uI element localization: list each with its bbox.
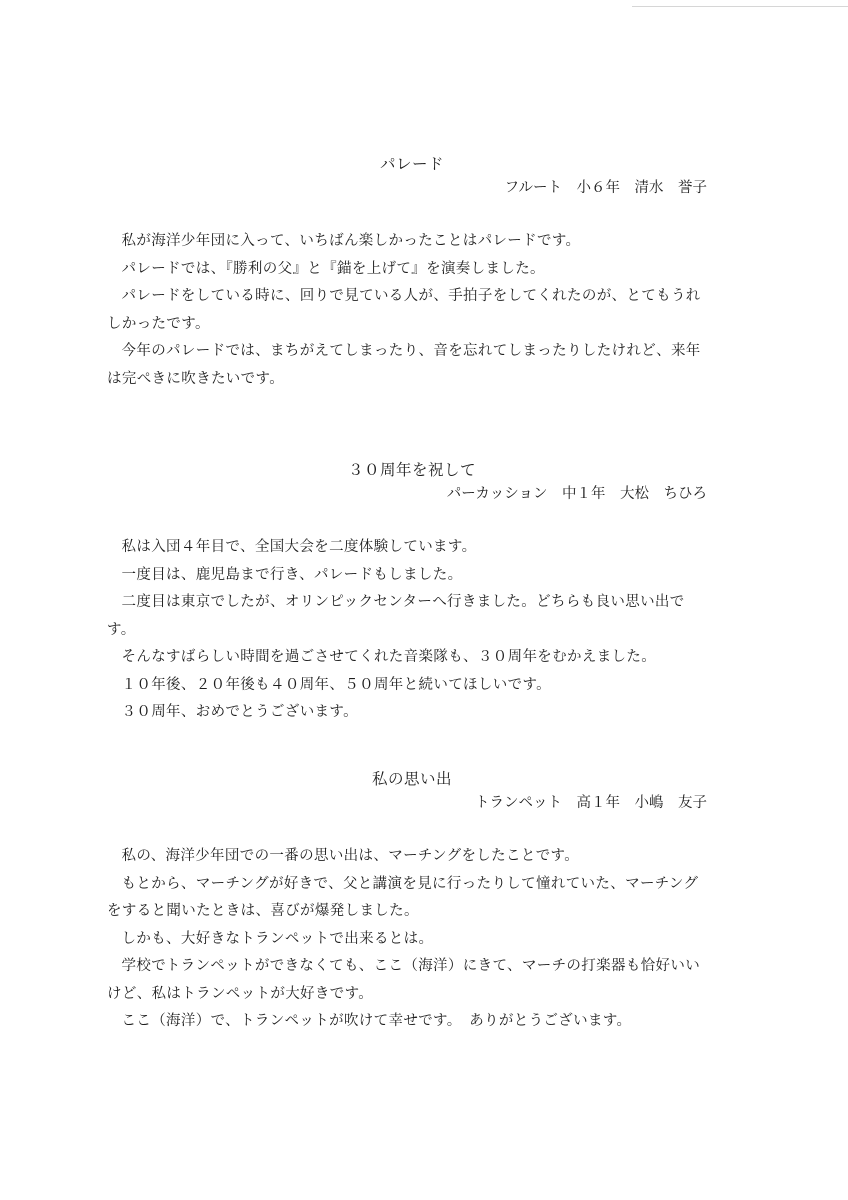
paragraph: 私は入団４年目で、全国大会を二度体験しています。 [107,534,707,562]
paragraph: ここ（海洋）で、トランペットが吹けて幸せです。 ありがとうございます。 [107,1008,707,1036]
essay-30th-anniversary: ３０周年を祝して パーカッション 中１年 大松 ちひろ 私は入団４年目で、全国大… [107,458,707,727]
essay-my-memories: 私の思い出 トランペット 高１年 小嶋 友子 私の、海洋少年団での一番の思い出は… [107,767,707,1036]
essay-title: ３０周年を祝して [117,458,707,482]
paragraph: 学校でトランペットができなくても、ここ（海洋）にきて、マーチの打楽器も恰好いいけ… [107,953,707,1008]
paragraph: 二度目は東京でしたが、オリンピックセンターへ行きました。どちらも良い思い出です。 [107,589,707,644]
paragraph: 私の、海洋少年団での一番の思い出は、マーチングをしたことです。 [107,843,707,871]
paragraph: パレードをしている時に、回りで見ている人が、手拍子をしてくれたのが、とてもうれし… [107,283,707,338]
essay-title: パレード [117,152,707,176]
paragraph: そんなすばらしい時間を過ごさせてくれた音楽隊も、３０周年をむかえました。 [107,644,707,672]
scan-edge-line [632,6,848,7]
essay-byline: フルート 小６年 清水 誉子 [107,176,707,200]
paragraph: １０年後、２０年後も４０周年、５０周年と続いてほしいです。 [107,672,707,700]
essay-title: 私の思い出 [117,767,707,791]
paragraph: ３０周年、おめでとうございます。 [107,699,707,727]
paragraph: もとから、マーチングが好きで、父と講演を見に行ったりして憧れていた、マーチングを… [107,871,707,926]
essay-parade: パレード フルート 小６年 清水 誉子 私が海洋少年団に入って、いちばん楽しかっ… [107,152,707,393]
paragraph: 一度目は、鹿児島まで行き、パレードもしました。 [107,562,707,590]
paragraph: 私が海洋少年団に入って、いちばん楽しかったことはパレードです。 [107,228,707,256]
essay-byline: パーカッション 中１年 大松 ちひろ [107,482,707,506]
essay-byline: トランペット 高１年 小嶋 友子 [107,791,707,815]
paragraph: パレードでは、『勝利の父』と『錨を上げて』を演奏しました。 [107,256,707,284]
paragraph: しかも、大好きなトランペットで出来るとは。 [107,926,707,954]
paragraph: 今年のパレードでは、まちがえてしまったり、音を忘れてしまったりしたけれど、来年は… [107,338,707,393]
